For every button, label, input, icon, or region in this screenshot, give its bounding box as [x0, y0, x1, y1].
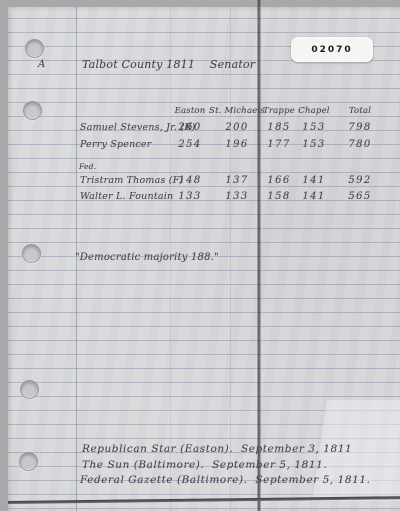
vote-count: 780	[332, 139, 388, 150]
punch-hole	[22, 244, 41, 263]
vote-count: 798	[332, 122, 388, 133]
page-edge-line	[257, 0, 261, 511]
vote-count: 565	[332, 191, 388, 202]
party-group-label: Fed.	[79, 162, 96, 171]
vote-count: 592	[332, 175, 388, 186]
punch-hole	[25, 39, 44, 58]
citation: Republican Star (Easton). September 3, 1…	[82, 443, 352, 455]
table-row: Samuel Stevens, Jr. (R) 260 200 185 153 …	[0, 122, 400, 136]
majority-note: "Democratic majority 188."	[75, 252, 219, 263]
table-row: Tristram Thomas (F) 148 137 166 141 592	[0, 175, 400, 189]
table-row: Perry Spencer 254 196 177 153 780	[0, 139, 400, 153]
citation: Federal Gazette (Baltimore). September 5…	[80, 474, 370, 486]
barcode-label-number: 02070	[311, 45, 352, 55]
table-row: Walter L. Fountain 133 133 158 141 565	[0, 191, 400, 205]
barcode-label: 02070	[291, 37, 373, 62]
candidate-name: Perry Spencer	[80, 139, 151, 150]
punch-hole	[20, 380, 39, 399]
column-header: Total	[332, 106, 388, 116]
paper-crease	[230, 7, 231, 511]
citation: The Sun (Baltimore). September 5, 1811.	[82, 459, 327, 471]
page-letter-mark: A	[38, 59, 45, 70]
punch-hole	[19, 452, 38, 471]
page-title: Talbot County 1811 Senator	[82, 58, 255, 71]
candidate-name: Walter L. Fountain	[80, 191, 173, 202]
scanned-document-page: 02070 A Talbot County 1811 Senator Easto…	[0, 0, 400, 511]
table-header-row: Easton St. Michaels Trappe Chapel Total	[0, 106, 400, 120]
